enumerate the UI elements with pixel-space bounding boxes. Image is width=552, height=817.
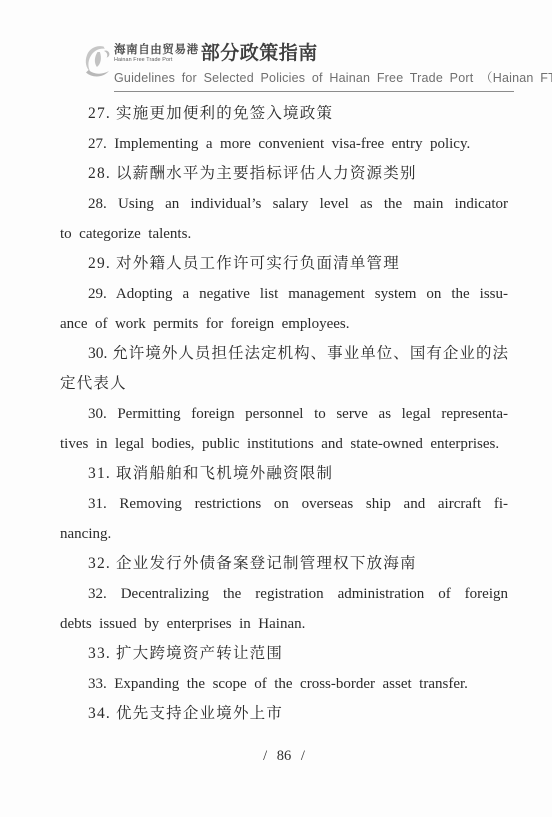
policy-text-line: nancing.: [60, 519, 508, 549]
policy-text-line: 27. Implementing a more convenient visa-…: [60, 129, 508, 159]
policy-text-line: 30. Permitting foreign personnel to serv…: [60, 399, 508, 429]
policy-text-line: 27. 实施更加便利的免签入境政策: [60, 99, 508, 129]
policy-text-line: 33. Expanding the scope of the cross-bor…: [60, 669, 508, 699]
policy-text-line: 34. 优先支持企业境外上市: [60, 699, 508, 729]
policy-text-line: 定代表人: [60, 369, 508, 399]
brand-cn-label: 海南自由贸易港: [114, 45, 199, 57]
policy-text-line: 33. 扩大跨境资产转让范围: [60, 639, 508, 669]
policy-text-line: 28. 以薪酬水平为主要指标评估人力资源类别: [60, 159, 508, 189]
policy-text-line: 28. Using an individual’s salary level a…: [60, 189, 508, 219]
policy-list: 27. 实施更加便利的免签入境政策27. Implementing a more…: [60, 99, 508, 729]
policy-text-line: 30. 允许境外人员担任法定机构、事业单位、国有企业的法: [60, 339, 508, 369]
hainan-ftp-sail-logo-icon: [82, 42, 112, 84]
header-title-cn: 部分政策指南: [201, 45, 318, 63]
header-text: 海南自由贸易港 Hainan Free Trade Port 部分政策指南 Gu…: [114, 42, 514, 92]
policy-text-line: 29. Adopting a negative list management …: [60, 279, 508, 309]
policy-text-line: to categorize talents.: [60, 219, 508, 249]
brand-row: 海南自由贸易港 Hainan Free Trade Port 部分政策指南: [114, 45, 514, 63]
page-number: / 86 /: [263, 748, 305, 764]
brand-lockup: 海南自由贸易港 Hainan Free Trade Port: [114, 45, 199, 63]
policy-text-line: debts issued by enterprises in Hainan.: [60, 609, 508, 639]
policy-text-line: tives in legal bodies, public institutio…: [60, 429, 508, 459]
policy-text-line: 31. Removing restrictions on overseas sh…: [60, 489, 508, 519]
brand-en-small-label: Hainan Free Trade Port: [114, 58, 199, 63]
page-footer: / 86 /: [60, 748, 508, 765]
policy-text-line: 32. Decentralizing the registration admi…: [60, 579, 508, 609]
header-subtitle-en: Guidelines for Selected Policies of Hain…: [114, 68, 514, 92]
document-page: 海南自由贸易港 Hainan Free Trade Port 部分政策指南 Gu…: [0, 0, 552, 817]
page-header: 海南自由贸易港 Hainan Free Trade Port 部分政策指南 Gu…: [82, 42, 514, 92]
policy-text-line: 31. 取消船舶和飞机境外融资限制: [60, 459, 508, 489]
policy-text-line: ance of work permits for foreign employe…: [60, 309, 508, 339]
policy-text-line: 32. 企业发行外债备案登记制管理权下放海南: [60, 549, 508, 579]
policy-text-line: 29. 对外籍人员工作许可实行负面清单管理: [60, 249, 508, 279]
